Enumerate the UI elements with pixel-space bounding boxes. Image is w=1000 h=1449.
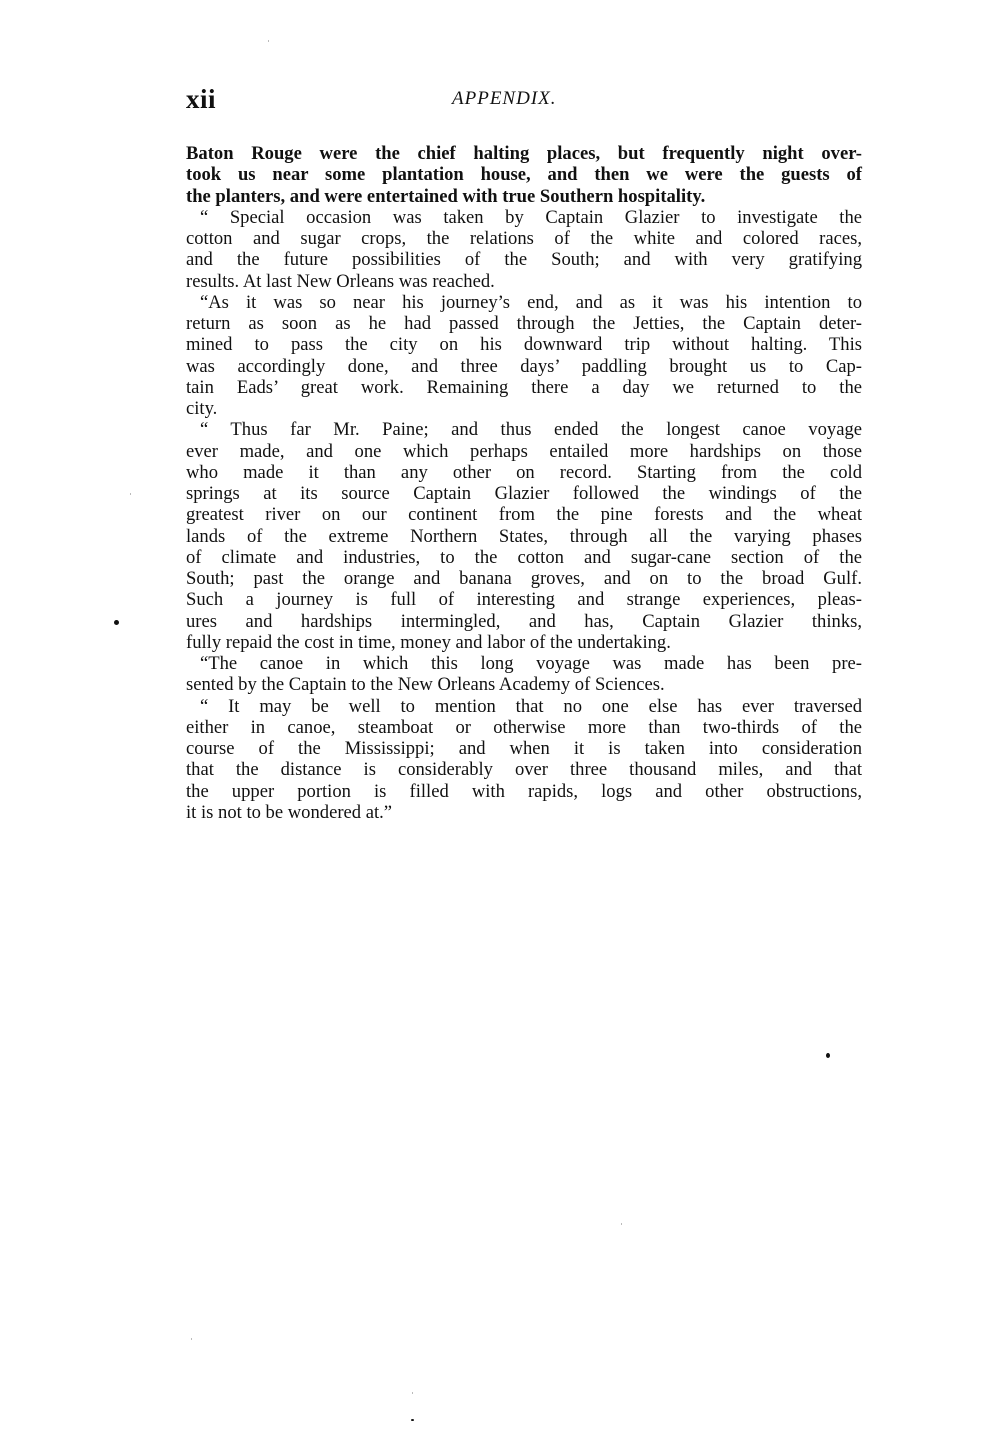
text-line: Baton Rouge were the chief halting place… — [186, 143, 862, 164]
running-head: APPENDIX. — [452, 88, 557, 110]
text-line: the planters, and were entertained with … — [186, 186, 862, 207]
page-number: xii — [186, 84, 216, 114]
scan-speck — [114, 620, 119, 625]
scan-mark — [621, 1223, 622, 1225]
text-line: tain Eads’ great work. Remaining there a… — [186, 377, 862, 398]
scan-speck — [826, 1053, 830, 1058]
text-line: lands of the extreme Northern States, th… — [186, 526, 862, 547]
text-line: “The canoe in which this long voyage was… — [186, 653, 862, 674]
body-text: Baton Rouge were the chief halting place… — [186, 143, 862, 823]
text-line: “ Special occasion was taken by Captain … — [186, 207, 862, 228]
text-line: return as soon as he had passed through … — [186, 313, 862, 334]
text-line: South; past the orange and banana groves… — [186, 568, 862, 589]
text-line: took us near some plantation house, and … — [186, 164, 862, 185]
text-line: either in canoe, steamboat or otherwise … — [186, 717, 862, 738]
text-line: who made it than any other on record. St… — [186, 462, 862, 483]
text-line: “ It may be well to mention that no one … — [186, 696, 862, 717]
scan-mark — [191, 1338, 192, 1340]
text-line: was accordingly done, and three days’ pa… — [186, 356, 862, 377]
text-line: Such a journey is full of interesting an… — [186, 589, 862, 610]
scan-mark — [268, 40, 269, 42]
text-line: that the distance is considerably over t… — [186, 759, 862, 780]
text-line: city. — [186, 398, 862, 419]
text-line: greatest river on our continent from the… — [186, 504, 862, 525]
text-line: cotton and sugar crops, the relations of… — [186, 228, 862, 249]
text-line: mined to pass the city on his downward t… — [186, 334, 862, 355]
text-line: ures and hardships intermingled, and has… — [186, 611, 862, 632]
text-line: results. At last New Orleans was reached… — [186, 271, 862, 292]
scan-speck — [411, 1419, 414, 1421]
text-line: and the future possibilities of the Sout… — [186, 249, 862, 270]
text-line: “ Thus far Mr. Paine; and thus ended the… — [186, 419, 862, 440]
text-line: the upper portion is filled with rapids,… — [186, 781, 862, 802]
text-line: of climate and industries, to the cotton… — [186, 547, 862, 568]
text-line: it is not to be wondered at.” — [186, 802, 862, 823]
text-line: sented by the Captain to the New Orleans… — [186, 674, 862, 695]
scan-mark — [412, 1392, 413, 1394]
scan-mark — [130, 493, 131, 495]
text-line: “As it was so near his journey’s end, an… — [186, 292, 862, 313]
text-line: springs at its source Captain Glazier fo… — [186, 483, 862, 504]
text-line: ever made, and one which perhaps entaile… — [186, 441, 862, 462]
text-line: course of the Mississippi; and when it i… — [186, 738, 862, 759]
text-line: fully repaid the cost in time, money and… — [186, 632, 862, 653]
